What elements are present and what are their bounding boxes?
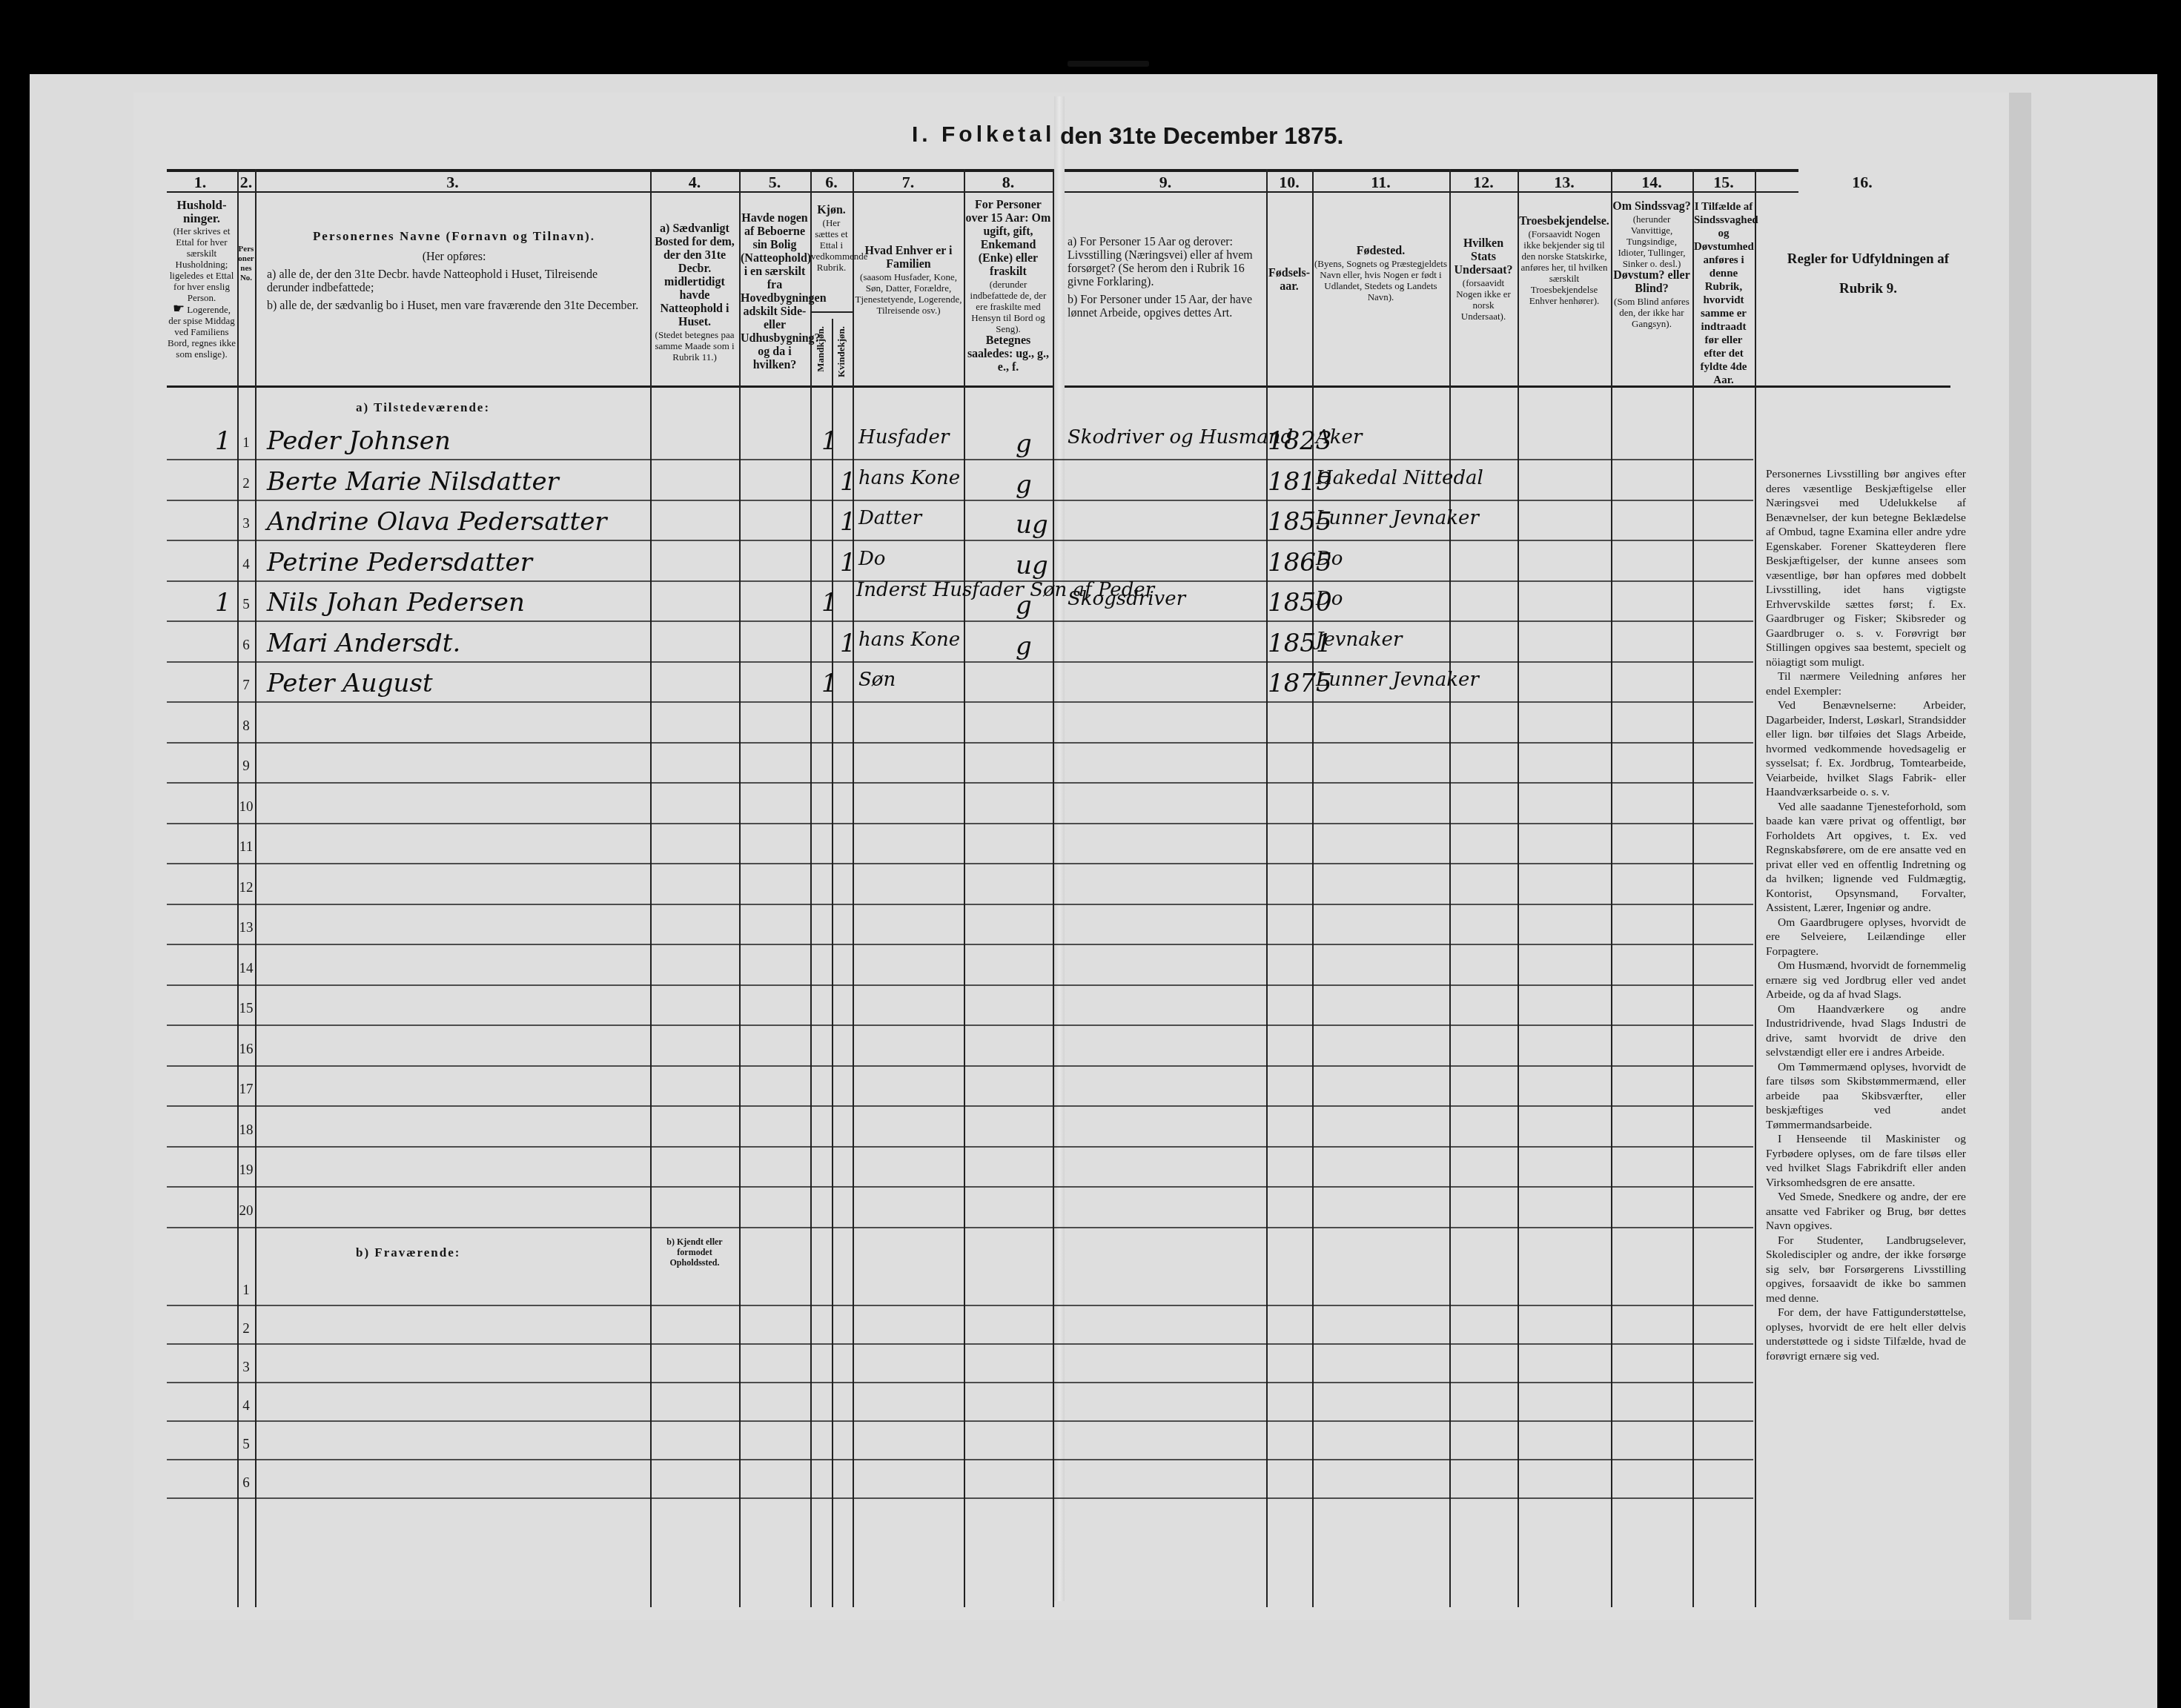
row-rule xyxy=(167,1186,1753,1188)
col-number-1: 1. xyxy=(178,173,222,192)
male-mark: 1 xyxy=(821,426,838,456)
row-rule xyxy=(167,1105,1753,1107)
row-number: 20 xyxy=(237,1203,255,1219)
form-date: den 31te December 1875. xyxy=(1060,122,1343,150)
occupation: Skogsdriver xyxy=(1068,588,1185,610)
section-present: a) Tilstedeværende: xyxy=(356,400,490,415)
female-mark: 1 xyxy=(840,467,856,497)
col-number-10: 10. xyxy=(1266,173,1312,192)
row-rule xyxy=(167,1146,1753,1148)
row-rule xyxy=(167,1305,1753,1306)
rule-paragraph: Ved Smede, Snedkere og andre, der ere an… xyxy=(1766,1190,1966,1234)
marital-status: ug xyxy=(1016,551,1048,580)
row-rule xyxy=(167,661,1753,663)
row-rule xyxy=(167,904,1753,905)
rule-paragraph: Til nærmere Veiledning anføres her endel… xyxy=(1766,669,1966,698)
sex-divider xyxy=(810,311,853,313)
rule-paragraph: Om Husmænd, hvorvidt de fornemmelig ernæ… xyxy=(1766,959,1966,1002)
col-header-9: a) For Personer 15 Aar og derover: Livss… xyxy=(1068,236,1263,320)
marital-status: ug xyxy=(1016,510,1048,540)
row-rule xyxy=(167,944,1753,945)
col-header-8: For Personer over 15 Aar: Om ugift, gift… xyxy=(965,199,1051,374)
col-header-6-male: Mandkjøn. xyxy=(814,326,830,372)
col-header-5: Havde nogen af Beboerne sin Bolig (Natte… xyxy=(741,212,809,372)
col-header-6-female: Kvindekjøn. xyxy=(835,326,851,377)
row-rule xyxy=(167,782,1753,784)
household-count: 1 xyxy=(215,588,231,618)
row-number: 2 xyxy=(237,476,255,492)
rule-paragraph: I Henseende til Maskinister og Fyrbødere… xyxy=(1766,1132,1966,1190)
col-divider xyxy=(1755,169,1756,1607)
col-header-12: Hvilken Stats Undersaat? (forsaavidt Nog… xyxy=(1451,237,1516,322)
row-number: 9 xyxy=(237,758,255,775)
family-role: Husfader xyxy=(858,426,949,448)
birthplace: Hakedal Nittedal xyxy=(1316,467,1483,489)
row-number: 4 xyxy=(237,1398,255,1414)
family-role: Datter xyxy=(858,507,921,529)
male-mark: 1 xyxy=(821,669,838,698)
person-name: Peder Johnsen xyxy=(267,426,451,456)
row-rule xyxy=(167,1065,1753,1067)
birthplace: Do xyxy=(1316,548,1343,570)
col-header-6: Kjøn. (Her sættes et Ettal i vedkommende… xyxy=(811,204,852,273)
col-number-15: 15. xyxy=(1692,173,1755,192)
col-header-4: a) Sædvanligt Bosted for dem, der den 31… xyxy=(652,222,738,363)
female-mark: 1 xyxy=(840,548,856,577)
row-number: 2 xyxy=(237,1321,255,1337)
col-number-6: 6. xyxy=(810,173,853,192)
female-mark: 1 xyxy=(840,629,856,658)
row-number: 7 xyxy=(237,678,255,694)
row-number: 19 xyxy=(237,1162,255,1179)
scan-marker xyxy=(1068,61,1149,67)
rule-paragraph: Ved Benævnelserne: Arbeider, Dagarbeider… xyxy=(1766,698,1966,800)
family-role: hans Kone xyxy=(858,467,960,489)
row-number: 6 xyxy=(237,638,255,654)
marital-status: g xyxy=(1016,632,1032,661)
rule-paragraph: Personernes Livsstilling bør angives eft… xyxy=(1766,467,1966,669)
person-name: Nils Johan Pedersen xyxy=(267,588,525,618)
row-rule xyxy=(167,1459,1753,1460)
rule-paragraph: For Studenter, Landbrugselever, Skoledis… xyxy=(1766,1234,1966,1306)
col-header-7: Hvad Enhver er i Familien (saasom Husfad… xyxy=(855,245,962,316)
col-divider xyxy=(832,319,833,1607)
header-rule-right xyxy=(1065,169,1798,172)
row-rule xyxy=(167,742,1753,744)
col-number-3: 3. xyxy=(255,173,650,192)
col-number-11: 11. xyxy=(1312,173,1449,192)
row-number: 14 xyxy=(237,961,255,977)
header-bottom-left xyxy=(167,385,1053,388)
row-number: 17 xyxy=(237,1082,255,1098)
col-number-14: 14. xyxy=(1611,173,1692,192)
absent-col4-header: b) Kjendt eller formodet Opholdssted. xyxy=(652,1237,737,1268)
col-divider xyxy=(1518,169,1519,1607)
col-header-14: Om Sindssvag? (herunder Vanvittige, Tung… xyxy=(1612,200,1691,329)
rule-paragraph: Om Tømmermænd oplyses, hvorvidt de fare … xyxy=(1766,1060,1966,1133)
row-rule xyxy=(167,620,1753,622)
female-mark: 1 xyxy=(840,507,856,537)
rule-paragraph: Om Haandværkere og andre Industridrivend… xyxy=(1766,1002,1966,1060)
pointing-hand-icon: ☛ xyxy=(173,301,185,316)
row-number: 13 xyxy=(237,920,255,936)
col-number-2: 2. xyxy=(237,173,255,192)
row-rule xyxy=(167,1420,1753,1422)
rule-paragraph: Om Gaardbrugere oplyses, hvorvidt de ere… xyxy=(1766,916,1966,959)
family-role: Søn xyxy=(858,669,896,691)
row-number: 15 xyxy=(237,1001,255,1017)
col-divider xyxy=(853,169,854,1607)
col-header-13: Troesbekjendelse. (Forsaavidt Nogen ikke… xyxy=(1519,215,1609,306)
col-divider xyxy=(810,169,812,1607)
section-absent: b) Fraværende: xyxy=(356,1245,460,1260)
birthplace: Jevnaker xyxy=(1316,629,1402,651)
person-name: Berte Marie Nilsdatter xyxy=(267,467,559,497)
col-header-11: Fødested. (Byens, Sognets og Præstegjeld… xyxy=(1314,245,1448,302)
col-divider xyxy=(255,169,257,1607)
row-number: 18 xyxy=(237,1122,255,1139)
row-rule xyxy=(167,1382,1753,1383)
col-divider xyxy=(1611,169,1612,1607)
col-header-10: Fødsels-aar. xyxy=(1268,267,1311,294)
col-header-15: I Tilfælde af Sindssvaghed og Døvstumhed… xyxy=(1694,200,1753,387)
page-fold xyxy=(1054,96,1065,1601)
birthplace: Lunner Jevnaker xyxy=(1316,669,1479,691)
col-divider xyxy=(1449,169,1451,1607)
row-rule xyxy=(167,1025,1753,1026)
row-rule xyxy=(167,823,1753,824)
rule-paragraph: For dem, der have Fattigunderstøttelse, … xyxy=(1766,1305,1966,1363)
birthplace: Aker xyxy=(1316,426,1362,448)
col-header-2: Personernes No. xyxy=(237,245,255,283)
row-number: 3 xyxy=(237,516,255,532)
row-rule xyxy=(167,540,1753,541)
col-number-8: 8. xyxy=(964,173,1053,192)
row-rule xyxy=(167,500,1753,501)
col-divider xyxy=(1053,169,1054,1607)
row-rule xyxy=(167,1497,1753,1499)
row-number: 16 xyxy=(237,1042,255,1058)
col-number-12: 12. xyxy=(1449,173,1518,192)
col-divider xyxy=(1312,169,1314,1607)
row-number: 8 xyxy=(237,718,255,735)
birthplace: Do xyxy=(1316,588,1343,610)
col-header-16: Regler for Udfyldningen af Rubrik 9. xyxy=(1772,245,1965,304)
person-name: Mari Andersdt. xyxy=(267,629,460,658)
marital-status: g xyxy=(1016,429,1032,459)
col-number-4: 4. xyxy=(650,173,739,192)
row-rule xyxy=(167,1227,1753,1228)
occupation: Skodriver og Husmand xyxy=(1068,426,1293,448)
col-divider xyxy=(650,169,652,1607)
row-rule xyxy=(167,701,1753,703)
rule-paragraph: Ved alle saadanne Tjenesteforhold, som b… xyxy=(1766,800,1966,916)
family-role: Do xyxy=(858,548,886,570)
col-header-3: Personernes Navne (Fornavn og Tilnavn). … xyxy=(267,230,641,313)
row-number: 11 xyxy=(237,839,255,855)
person-name: Andrine Olava Pedersatter xyxy=(267,507,607,537)
marital-status: g xyxy=(1016,470,1032,500)
marital-status: g xyxy=(1016,591,1032,620)
col-header-1: Hushold-ninger. (Her skrives et Ettal fo… xyxy=(166,199,237,360)
row-number: 10 xyxy=(237,799,255,815)
header-rule-left xyxy=(167,169,1053,172)
col-number-13: 13. xyxy=(1518,173,1611,192)
row-rule xyxy=(167,459,1753,460)
form-title: I. Folketal xyxy=(912,122,1055,148)
col-divider xyxy=(964,169,965,1607)
row-number: 4 xyxy=(237,557,255,573)
row-number: 1 xyxy=(237,1282,255,1299)
row-number: 5 xyxy=(237,1437,255,1453)
rules-for-rubrik-9: Personernes Livsstilling bør angives eft… xyxy=(1766,467,1966,1363)
male-mark: 1 xyxy=(821,588,838,618)
family-role: hans Kone xyxy=(858,629,960,651)
person-name: Petrine Pedersdatter xyxy=(267,548,532,577)
person-name: Peter August xyxy=(267,669,433,698)
col-number-16: 16. xyxy=(1755,173,1970,192)
row-rule xyxy=(167,1343,1753,1345)
row-number: 1 xyxy=(237,435,255,451)
household-count: 1 xyxy=(215,426,231,456)
row-rule xyxy=(167,984,1753,986)
col-number-5: 5. xyxy=(739,173,810,192)
row-number: 12 xyxy=(237,880,255,896)
row-number: 6 xyxy=(237,1475,255,1492)
row-number: 5 xyxy=(237,597,255,613)
row-number: 3 xyxy=(237,1360,255,1376)
col-number-7: 7. xyxy=(853,173,964,192)
row-rule xyxy=(167,863,1753,864)
birthplace: Lunner Jevnaker xyxy=(1316,507,1479,529)
header-bottom-right xyxy=(1065,385,1950,388)
col-divider xyxy=(739,169,741,1607)
col-divider xyxy=(1266,169,1268,1607)
col-number-9: 9. xyxy=(1065,173,1266,192)
